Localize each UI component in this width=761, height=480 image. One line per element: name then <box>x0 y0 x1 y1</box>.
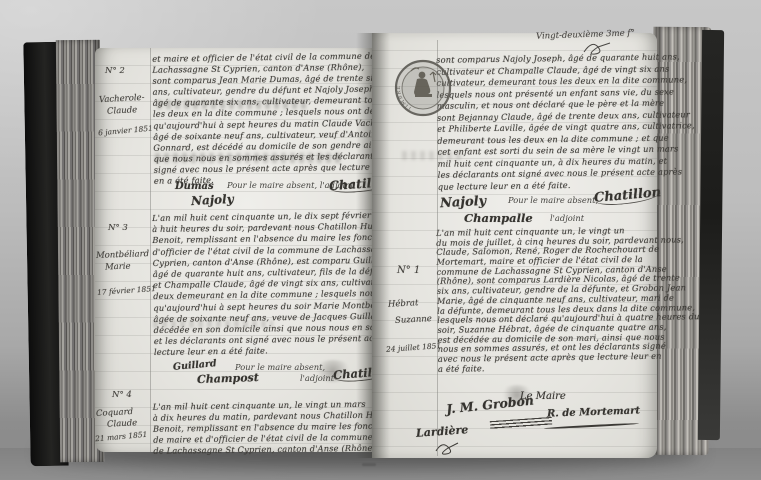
signature-mortemart: R. de Mortemart <box>547 405 640 419</box>
page-gutter <box>356 33 390 458</box>
deputy-note: l'adjoint <box>550 213 584 223</box>
act-date-note: 6 janvier 1851 <box>98 124 153 138</box>
act-date-note: 17 février 1851 <box>97 284 156 297</box>
signature-guillard: Guillard <box>173 358 217 373</box>
signature-champalle: Champalle <box>464 211 533 225</box>
deceased-name-note: Vacherole- <box>99 93 145 105</box>
act-number-note: N° 3 <box>108 223 128 233</box>
deceased-name-note: Hébrat <box>388 298 419 310</box>
signature-najoly: Najoly <box>440 194 487 211</box>
deceased-name-note: Suzanne <box>395 314 432 326</box>
death-act-text: sont comparus Najoly Joseph, âgé de quar… <box>436 51 696 193</box>
act-number-note: N° 4 <box>112 390 132 400</box>
signature-flourish <box>490 417 552 429</box>
book-cover-right-edge <box>698 30 724 440</box>
act-number-note: N° 1 <box>397 265 420 276</box>
signature-flourish <box>544 423 639 430</box>
le-maire-title: Le Maire <box>520 391 566 402</box>
deceased-name-note: Coquard <box>96 407 134 419</box>
signature-dumas: Dumas <box>175 181 214 192</box>
register-book-photo: N° 2 Vacherole- Claude 6 janvier 1851 N°… <box>0 0 761 480</box>
left-page: N° 2 Vacherole- Claude 6 janvier 1851 N°… <box>95 48 372 452</box>
deceased-name-note: Claude <box>107 105 138 117</box>
deputy-note: Pour le maire absent, <box>508 195 598 205</box>
deceased-name-note: Claude <box>107 418 138 430</box>
act-date-note: 24 juillet 1851 <box>386 341 442 354</box>
deceased-name-note: Marie <box>105 262 131 273</box>
paraph-flourish <box>582 42 612 56</box>
act-date-note: 21 mars 1851 <box>95 430 148 444</box>
surface-mark <box>362 463 376 466</box>
signature-lardiere: Lardière <box>416 423 469 440</box>
deceased-name-note: Montbéliard <box>96 249 150 261</box>
signature-najoly: Najoly <box>191 192 234 208</box>
official-seal-stamp: TIMBRE <box>393 58 453 118</box>
death-act-text: L'an mil huit cent cinquante un, le ving… <box>436 225 700 374</box>
left-margin-rule <box>150 48 151 452</box>
act-number-note: N° 2 <box>105 66 125 76</box>
deputy-note: l'adjoint <box>300 373 334 383</box>
signature-champost: Champost <box>197 371 259 386</box>
